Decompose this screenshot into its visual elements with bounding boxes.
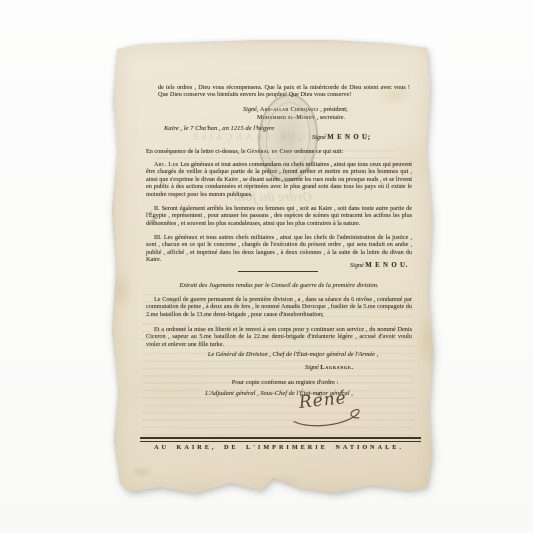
order-intro-after: ordonne ce qui suit: (293, 148, 344, 155)
signed-prefix: Signé, (243, 106, 260, 113)
paper-surface: RÉPUBLIQUE FRANÇAISE. Ordre du jour de t… (112, 40, 434, 498)
president-name: Abd-allah Cherqaoui (260, 106, 319, 113)
menou-signature-bottom: Signé M E N O U. (350, 262, 408, 269)
article-3-label: III. (154, 234, 164, 241)
photo-backdrop: RÉPUBLIQUE FRANÇAISE. Ordre du jour de t… (0, 0, 533, 533)
adjutant-line: L'Adjudant général , Sous-Chef de l'État… (146, 390, 412, 397)
judgment-paragraph-1: Le Conseil de guerre permanent de la pre… (146, 296, 412, 318)
secretary-title: , secretaire. (315, 114, 345, 121)
order-intro-line: En conséquence de la lettre ci-dessus, l… (146, 148, 414, 155)
secretary-name: Mohammed el-Mohdy (257, 114, 315, 121)
handwritten-signature-rene: Réné (288, 384, 368, 438)
president-title: , président; (319, 106, 348, 113)
signed-prefix: Signé (350, 262, 365, 269)
extrait-heading: Extrait des Jugemens rendus par le Conse… (146, 282, 412, 289)
document-sheet: RÉPUBLIQUE FRANÇAISE. Ordre du jour de t… (112, 40, 434, 498)
lagrange-name: Lagrange. (320, 364, 354, 371)
signed-prefix: Signé (312, 134, 327, 141)
intro-paragraph: de tels ordres , Dieu vous récompensera.… (158, 84, 410, 99)
dateline: Kaire , le 7 Cha'ban , an 1215 de l'hégy… (164, 125, 274, 132)
article-3-text: Les généraux et tous autres chefs milita… (146, 234, 412, 263)
article-1-text: Les généraux et tout autres commandans o… (146, 161, 412, 198)
divan-president-signature: Signé, Abd-allah Cherqaoui , président; (243, 106, 348, 113)
chief-title: Général en Chef (247, 148, 293, 155)
signed-prefix: Signé (305, 364, 320, 371)
article-2-label: II. (154, 205, 162, 212)
article-1: Art. I.er Les généraux et tout autres co… (146, 161, 412, 198)
divan-secretary-signature: Mohammed el-Mohdy , secretaire. (257, 114, 345, 121)
article-2: II. Seront également arrêtés les hommes … (146, 205, 412, 227)
article-3: III. Les généraux et tous autres chefs m… (146, 234, 412, 264)
signature-flourish (288, 384, 368, 438)
lagrange-signature: Signé Lagrange. (305, 364, 354, 371)
order-intro-before: En conséquence de la lettre ci-dessus, l… (146, 148, 247, 155)
staff-chief-line: Le Général de Division , Chef de l'État-… (160, 351, 426, 358)
copy-conform-line: Pour copie conforme au registre d'ordre … (152, 379, 418, 386)
section-divider-rule (238, 271, 318, 272)
menou-name: M E N O U. (365, 262, 408, 269)
imprint-double-rule (140, 437, 421, 442)
menou-signature-top: Signé M E N O U; (312, 134, 371, 141)
judgment-paragraph-2: Et a ordonné la mise en liberté et le re… (146, 326, 412, 348)
menou-name: M E N O U; (327, 134, 371, 141)
imprint-line: AU KAIRE, DE L'IMPRIMERIE NATIONALE. (146, 444, 412, 451)
article-1-label: Art. I.er (154, 161, 180, 168)
article-2-text: Seront également arrêtés les hommes ou f… (146, 205, 412, 227)
